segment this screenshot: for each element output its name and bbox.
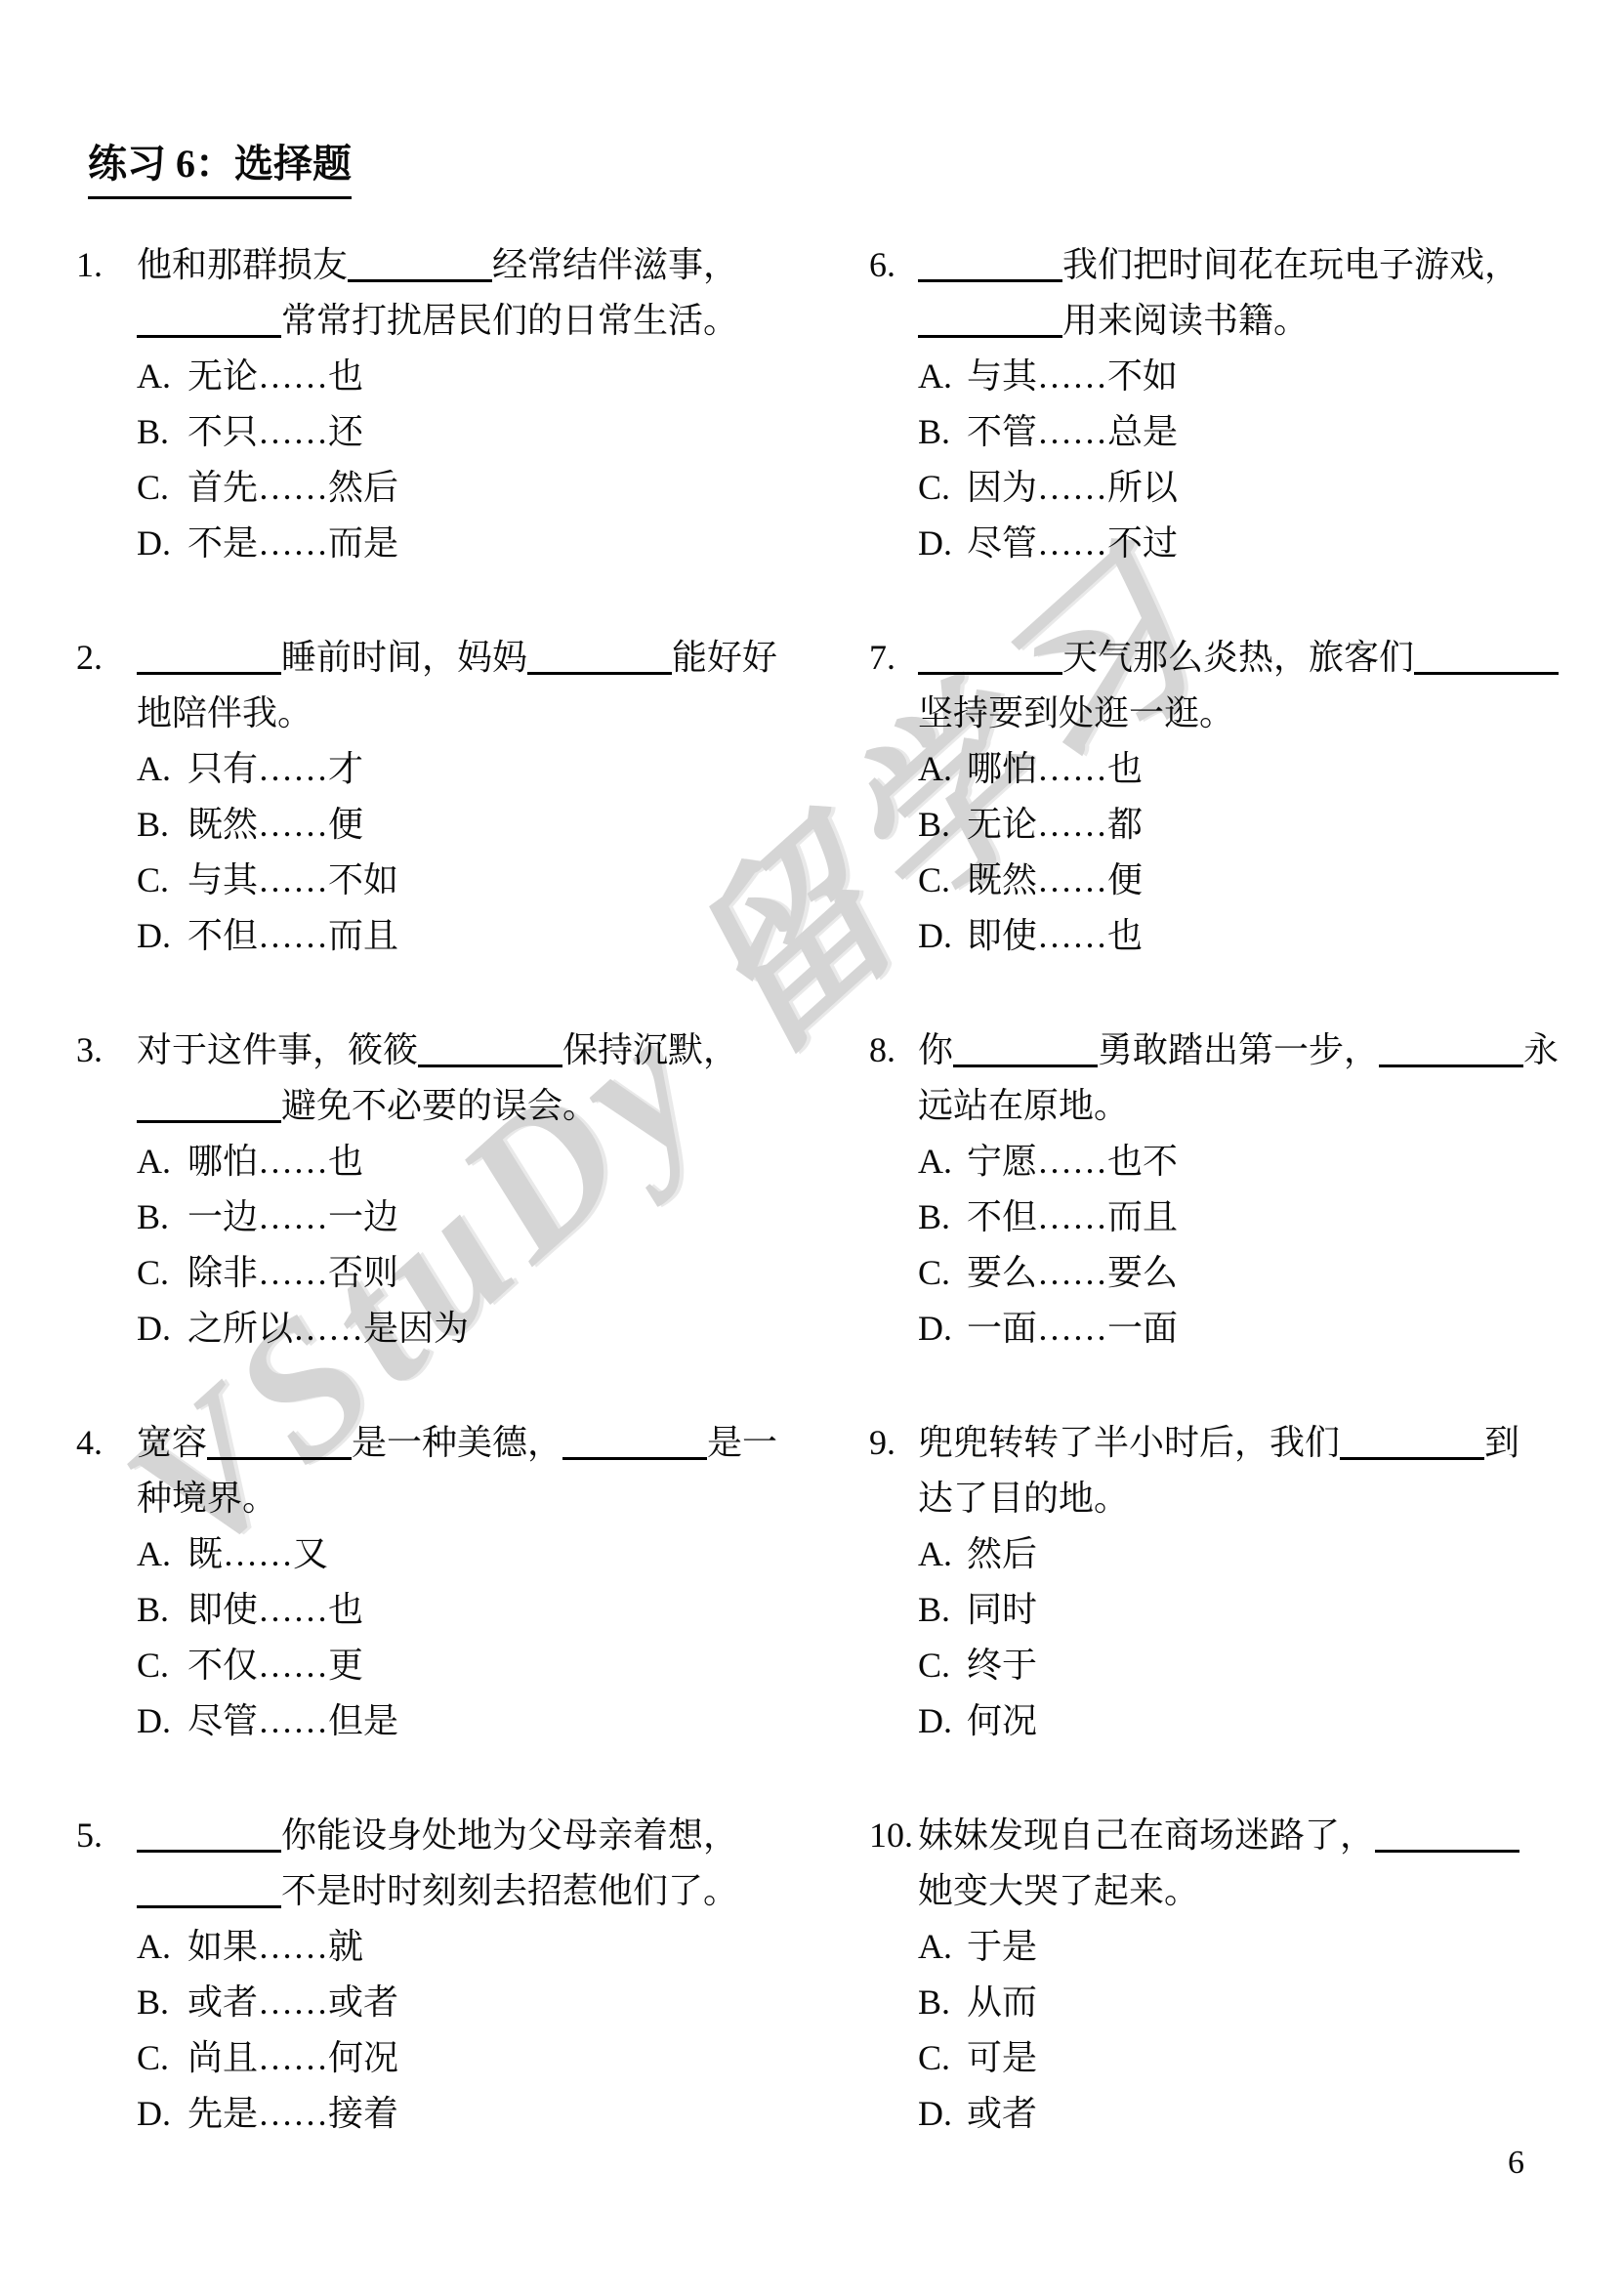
- option-text: 即使……也: [967, 916, 1143, 955]
- question-line: 他和那群损友经常结伴滋事，: [137, 237, 750, 293]
- option-item: A.与其……不如: [918, 349, 1592, 404]
- question-text-segment: 保持沉默，: [562, 1030, 738, 1069]
- option-label: B.: [918, 1582, 967, 1638]
- question-line: 她变大哭了起来。: [918, 1863, 1592, 1919]
- option-item: D.或者: [918, 2086, 1592, 2142]
- option-text: 然后: [967, 1534, 1037, 1573]
- question-line: 兜兜转转了半小时后，我们到: [918, 1415, 1592, 1471]
- option-label: A.: [137, 741, 187, 797]
- option-item: B.或者……或者: [137, 1975, 750, 2030]
- question-line: 地陪伴我。: [137, 686, 750, 741]
- option-item: C.尚且……何况: [137, 2030, 750, 2086]
- question-text-segment: 避免不必要的误会。: [281, 1086, 598, 1125]
- question-block: 5.你能设身处地为父母亲着想，不是时时刻刻去招惹他们了。A.如果……就B.或者……: [76, 1808, 750, 2142]
- option-text: 或者: [967, 2094, 1037, 2133]
- question-text-segment: 你: [918, 1030, 953, 1069]
- worksheet-page: VStuDy 留学习 练习 6：选择题 1.他和那群损友经常结伴滋事，常常打扰居…: [0, 0, 1623, 2296]
- exercise-title: 练习 6：选择题: [88, 133, 352, 199]
- question-text-segment: 是一种美德，: [352, 1423, 562, 1462]
- question-number: 2.: [76, 630, 103, 686]
- question-text-segment: 宽容: [137, 1423, 207, 1462]
- question-text-segment: 用来阅读书籍。: [1062, 301, 1309, 340]
- question-line: 睡前时间，妈妈能好好: [137, 630, 750, 686]
- question-text-segment: 我们把时间花在玩电子游戏，: [1062, 245, 1519, 284]
- option-item: B.既然……便: [137, 797, 750, 853]
- question-line: 宽容是一种美德，是一: [137, 1415, 750, 1471]
- option-text: 尚且……何况: [187, 2038, 398, 2077]
- option-item: A.哪怕……也: [918, 741, 1592, 797]
- option-text: 何况: [967, 1701, 1037, 1740]
- option-label: C.: [137, 2030, 187, 2086]
- question-text-segment: 兜兜转转了半小时后，我们: [918, 1423, 1340, 1462]
- question-text-segment: 天气那么炎热，旅客们: [1062, 638, 1414, 677]
- option-label: B.: [918, 797, 967, 853]
- option-text: 之所以……是因为: [187, 1309, 469, 1348]
- question-number: 8.: [869, 1023, 895, 1078]
- question-block: 3.对于这件事，筱筱保持沉默，避免不必要的误会。A.哪怕……也B.一边……一边C…: [76, 1023, 750, 1357]
- option-text: 不管……总是: [967, 412, 1178, 451]
- question-block: 10.妹妹发现自己在商场迷路了，她变大哭了起来。A.于是B.从而C.可是D.或者: [869, 1808, 1592, 2142]
- option-item: D.尽管……但是: [137, 1693, 750, 1749]
- option-text: 或者……或者: [187, 1983, 398, 2022]
- option-label: A.: [918, 349, 967, 404]
- option-text: 先是……接着: [187, 2094, 398, 2133]
- blank-line: [137, 668, 281, 675]
- question-line: 常常打扰居民们的日常生活。: [137, 293, 750, 349]
- option-text: 一边……一边: [187, 1197, 398, 1236]
- option-text: 不但……而且: [187, 916, 398, 955]
- question-line: 你能设身处地为父母亲着想，: [137, 1808, 750, 1863]
- option-text: 终于: [967, 1646, 1037, 1685]
- blank-line: [137, 1846, 281, 1853]
- option-text: 因为……所以: [967, 468, 1178, 507]
- option-text: 除非……否则: [187, 1253, 398, 1292]
- question-text-segment: 地陪伴我。: [137, 693, 312, 732]
- blank-line: [1379, 1061, 1523, 1067]
- option-label: D.: [137, 908, 187, 964]
- question-text-segment: 经常结伴滋事，: [492, 245, 738, 284]
- question-line: 用来阅读书籍。: [918, 293, 1592, 349]
- blank-line: [1375, 1846, 1519, 1853]
- question-line: 妹妹发现自己在商场迷路了，: [918, 1808, 1592, 1863]
- question-line: 天气那么炎热，旅客们: [918, 630, 1592, 686]
- option-item: C.终于: [918, 1638, 1592, 1693]
- blank-line: [562, 1453, 707, 1460]
- blank-line: [137, 1901, 281, 1908]
- option-text: 无论……也: [187, 356, 363, 396]
- option-text: 尽管……但是: [187, 1701, 398, 1740]
- option-item: C.除非……否则: [137, 1245, 750, 1301]
- blank-line: [1414, 668, 1559, 675]
- question-number: 9.: [869, 1415, 895, 1471]
- option-label: C.: [918, 1245, 967, 1301]
- option-label: B.: [137, 797, 187, 853]
- question-block: 4.宽容是一种美德，是一种境界。A.既……又B.即使……也C.不仅……更D.尽管…: [76, 1415, 750, 1749]
- option-label: A.: [918, 1134, 967, 1190]
- option-label: D.: [918, 1693, 967, 1749]
- question-number: 1.: [76, 237, 103, 293]
- option-text: 哪怕……也: [967, 749, 1143, 788]
- blank-line: [137, 1116, 281, 1123]
- option-label: D.: [918, 516, 967, 571]
- question-block: 9.兜兜转转了半小时后，我们到达了目的地。A.然后B.同时C.终于D.何况: [869, 1415, 1592, 1749]
- option-label: D.: [918, 2086, 967, 2142]
- option-label: D.: [137, 1693, 187, 1749]
- option-item: B.不但……而且: [918, 1190, 1592, 1245]
- option-item: C.可是: [918, 2030, 1592, 2086]
- option-text: 于是: [967, 1927, 1037, 1966]
- question-text-segment: 她变大哭了起来。: [918, 1871, 1199, 1910]
- option-item: B.无论……都: [918, 797, 1592, 853]
- question-text-segment: 远站在原地。: [918, 1086, 1129, 1125]
- option-label: D.: [137, 1301, 187, 1357]
- option-text: 不仅……更: [187, 1646, 363, 1685]
- question-text-segment: 常常打扰居民们的日常生活。: [281, 301, 738, 340]
- question-line: 远站在原地。: [918, 1078, 1592, 1134]
- blank-line: [918, 668, 1062, 675]
- option-item: A.无论……也: [137, 349, 750, 404]
- question-line: 我们把时间花在玩电子游戏，: [918, 237, 1592, 293]
- option-label: A.: [918, 1526, 967, 1582]
- option-text: 与其……不如: [967, 356, 1178, 396]
- question-line: 不是时时刻刻去招惹他们了。: [137, 1863, 750, 1919]
- option-text: 即使……也: [187, 1590, 363, 1629]
- question-text-segment: 勇敢踏出第一步，: [1098, 1030, 1379, 1069]
- option-item: D.即使……也: [918, 908, 1592, 964]
- option-text: 与其……不如: [187, 860, 398, 899]
- option-text: 既然……便: [187, 805, 363, 844]
- option-item: C.不仅……更: [137, 1638, 750, 1693]
- option-label: B.: [137, 1975, 187, 2030]
- option-text: 哪怕……也: [187, 1142, 363, 1181]
- question-block: 7.天气那么炎热，旅客们坚持要到处逛一逛。A.哪怕……也B.无论……都C.既然……: [869, 630, 1592, 964]
- option-label: C.: [918, 2030, 967, 2086]
- option-item: A.宁愿……也不: [918, 1134, 1592, 1190]
- option-label: A.: [137, 1134, 187, 1190]
- option-label: D.: [137, 2086, 187, 2142]
- option-label: B.: [137, 1190, 187, 1245]
- question-text-segment: 睡前时间，妈妈: [281, 638, 527, 677]
- option-label: A.: [918, 741, 967, 797]
- option-label: C.: [137, 853, 187, 908]
- question-text-segment: 坚持要到处逛一逛。: [918, 693, 1234, 732]
- question-text-segment: 永: [1523, 1030, 1559, 1069]
- option-label: D.: [918, 1301, 967, 1357]
- question-text-segment: 对于这件事，筱筱: [137, 1030, 418, 1069]
- blank-line: [918, 275, 1062, 282]
- option-text: 要么……要么: [967, 1253, 1178, 1292]
- page-number: 6: [1508, 2145, 1524, 2182]
- question-text-segment: 种境界。: [137, 1479, 277, 1518]
- option-label: A.: [918, 1919, 967, 1975]
- option-item: A.既……又: [137, 1526, 750, 1582]
- question-line: 坚持要到处逛一逛。: [918, 686, 1592, 741]
- option-item: B.一边……一边: [137, 1190, 750, 1245]
- option-item: D.之所以……是因为: [137, 1301, 750, 1357]
- option-text: 首先……然后: [187, 468, 398, 507]
- question-text-segment: 达了目的地。: [918, 1479, 1129, 1518]
- option-text: 同时: [967, 1590, 1037, 1629]
- option-text: 不只……还: [187, 412, 363, 451]
- option-text: 尽管……不过: [967, 523, 1178, 563]
- option-label: C.: [137, 460, 187, 516]
- option-label: C.: [137, 1638, 187, 1693]
- option-item: B.从而: [918, 1975, 1592, 2030]
- option-label: B.: [918, 1190, 967, 1245]
- option-item: C.既然……便: [918, 853, 1592, 908]
- option-item: D.不是……而是: [137, 516, 750, 571]
- question-text-segment: 妹妹发现自己在商场迷路了，: [918, 1816, 1375, 1855]
- blank-line: [418, 1061, 562, 1067]
- option-item: C.首先……然后: [137, 460, 750, 516]
- option-label: B.: [918, 1975, 967, 2030]
- question-text-segment: 能好好: [672, 638, 777, 677]
- blank-line: [348, 275, 492, 282]
- option-text: 从而: [967, 1983, 1037, 2022]
- option-text: 如果……就: [187, 1927, 363, 1966]
- blank-line: [953, 1061, 1098, 1067]
- option-text: 一面……一面: [967, 1309, 1178, 1348]
- question-number: 7.: [869, 630, 895, 686]
- question-text-segment: 是一: [707, 1423, 777, 1462]
- option-item: D.尽管……不过: [918, 516, 1592, 571]
- question-text-segment: 不是时时刻刻去招惹他们了。: [281, 1871, 738, 1910]
- question-line: 对于这件事，筱筱保持沉默，: [137, 1023, 750, 1078]
- option-item: D.一面……一面: [918, 1301, 1592, 1357]
- option-item: A.如果……就: [137, 1919, 750, 1975]
- option-label: A.: [137, 1526, 187, 1582]
- option-text: 不是……而是: [187, 523, 398, 563]
- option-text: 可是: [967, 2038, 1037, 2077]
- option-item: D.何况: [918, 1693, 1592, 1749]
- question-number: 4.: [76, 1415, 103, 1471]
- option-item: B.不管……总是: [918, 404, 1592, 460]
- column-right: 6.我们把时间花在玩电子游戏，用来阅读书籍。A.与其……不如B.不管……总是C.…: [869, 237, 1592, 2200]
- question-line: 避免不必要的误会。: [137, 1078, 750, 1134]
- option-text: 无论……都: [967, 805, 1143, 844]
- option-label: C.: [137, 1245, 187, 1301]
- blank-line: [527, 668, 672, 675]
- question-number: 10.: [869, 1808, 913, 1863]
- option-text: 不但……而且: [967, 1197, 1178, 1236]
- option-item: B.同时: [918, 1582, 1592, 1638]
- option-item: C.要么……要么: [918, 1245, 1592, 1301]
- question-number: 3.: [76, 1023, 103, 1078]
- option-text: 宁愿……也不: [967, 1142, 1178, 1181]
- option-label: D.: [137, 516, 187, 571]
- question-block: 2.睡前时间，妈妈能好好地陪伴我。A.只有……才B.既然……便C.与其……不如D…: [76, 630, 750, 964]
- option-item: A.哪怕……也: [137, 1134, 750, 1190]
- option-item: B.即使……也: [137, 1582, 750, 1638]
- question-line: 种境界。: [137, 1471, 750, 1526]
- question-text-segment: 他和那群损友: [137, 245, 348, 284]
- option-item: A.只有……才: [137, 741, 750, 797]
- option-label: B.: [918, 404, 967, 460]
- question-block: 1.他和那群损友经常结伴滋事，常常打扰居民们的日常生活。A.无论……也B.不只……: [76, 237, 750, 571]
- option-item: C.因为……所以: [918, 460, 1592, 516]
- blank-line: [918, 331, 1062, 338]
- option-label: B.: [137, 1582, 187, 1638]
- option-label: C.: [918, 1638, 967, 1693]
- blank-line: [1340, 1453, 1484, 1460]
- question-line: 达了目的地。: [918, 1471, 1592, 1526]
- option-text: 既然……便: [967, 860, 1143, 899]
- question-line: 你勇敢踏出第一步，永: [918, 1023, 1592, 1078]
- option-item: A.然后: [918, 1526, 1592, 1582]
- option-item: C.与其……不如: [137, 853, 750, 908]
- blank-line: [137, 331, 281, 338]
- option-item: D.先是……接着: [137, 2086, 750, 2142]
- question-number: 5.: [76, 1808, 103, 1863]
- column-left: 1.他和那群损友经常结伴滋事，常常打扰居民们的日常生活。A.无论……也B.不只……: [76, 237, 750, 2200]
- option-label: D.: [918, 908, 967, 964]
- question-block: 8.你勇敢踏出第一步，永远站在原地。A.宁愿……也不B.不但……而且C.要么………: [869, 1023, 1592, 1357]
- option-item: A.于是: [918, 1919, 1592, 1975]
- option-label: C.: [918, 460, 967, 516]
- question-number: 6.: [869, 237, 895, 293]
- question-text-segment: 到: [1484, 1423, 1519, 1462]
- option-text: 只有……才: [187, 749, 363, 788]
- option-item: B.不只……还: [137, 404, 750, 460]
- question-text-segment: 你能设身处地为父母亲着想，: [281, 1816, 738, 1855]
- option-label: C.: [918, 853, 967, 908]
- option-label: B.: [137, 404, 187, 460]
- option-label: A.: [137, 349, 187, 404]
- option-item: D.不但……而且: [137, 908, 750, 964]
- blank-line: [207, 1453, 352, 1460]
- question-block: 6.我们把时间花在玩电子游戏，用来阅读书籍。A.与其……不如B.不管……总是C.…: [869, 237, 1592, 571]
- option-label: A.: [137, 1919, 187, 1975]
- option-text: 既……又: [187, 1534, 328, 1573]
